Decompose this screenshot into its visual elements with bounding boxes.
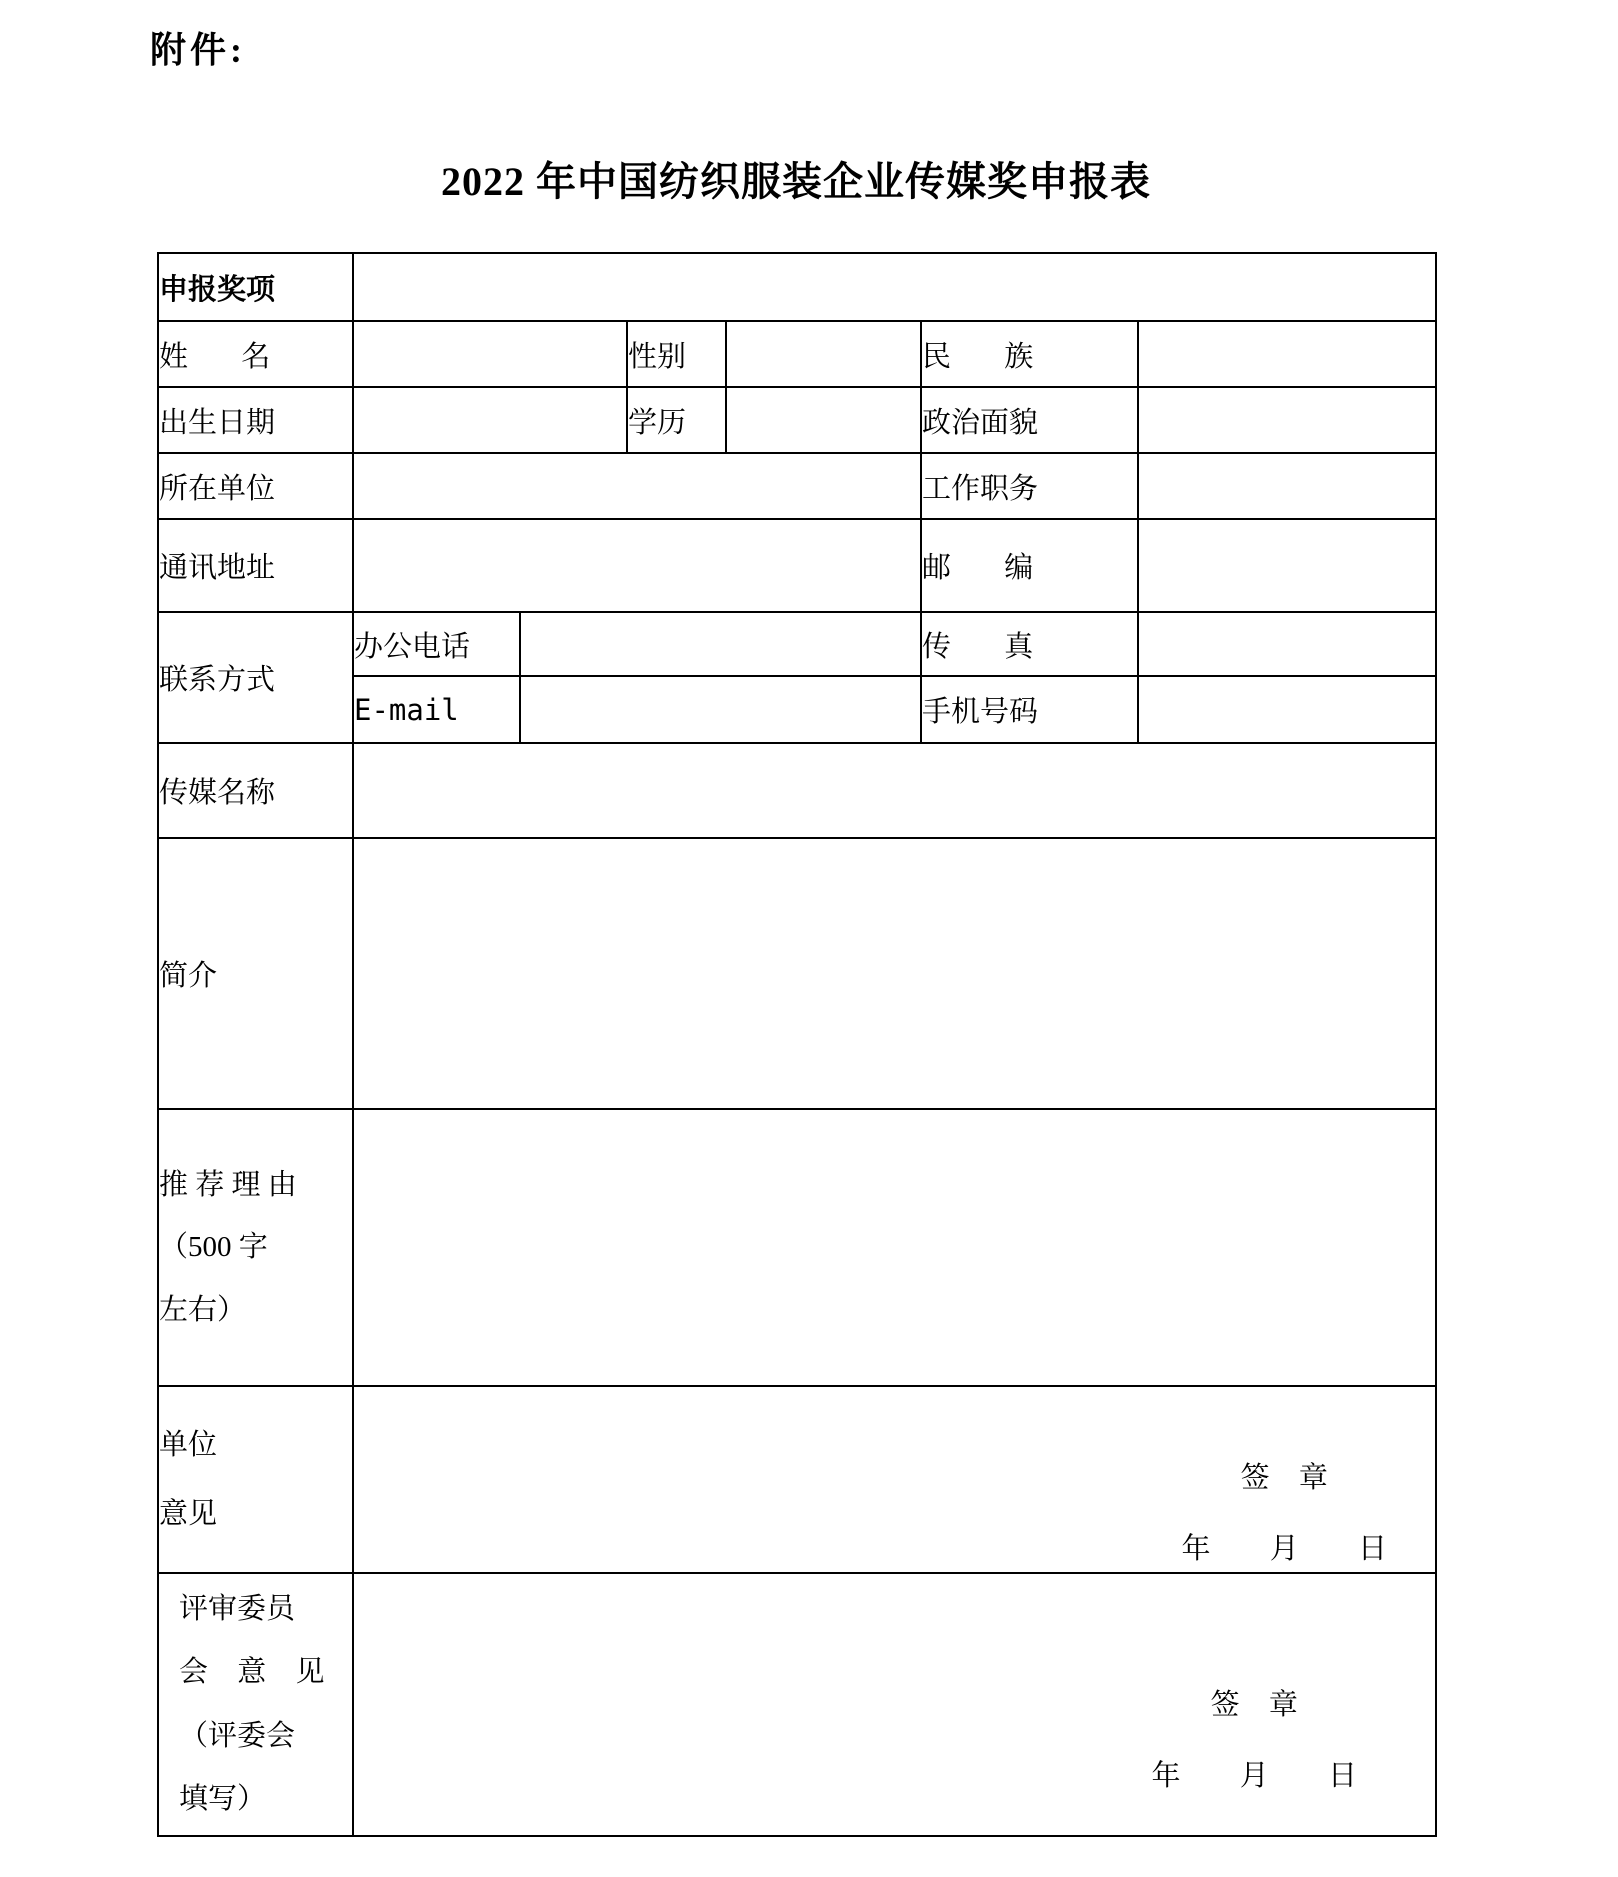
ethnicity-value[interactable] — [1138, 321, 1436, 387]
job-title-label: 工作职务 — [921, 453, 1138, 519]
attachment-label: 附件: — [150, 22, 246, 73]
unit-date-label: 年 月 日 — [1182, 1526, 1388, 1567]
political-status-label: 政治面貌 — [921, 387, 1138, 453]
media-name-value[interactable] — [353, 743, 1436, 838]
address-value[interactable] — [353, 519, 921, 612]
fax-label: 传 真 — [921, 612, 1138, 676]
name-label: 姓 名 — [158, 321, 353, 387]
table-row: 评审委员 会 意 见 （评委会 填写） 签 章 年 月 日 — [158, 1573, 1436, 1836]
postal-code-label: 邮 编 — [921, 519, 1138, 612]
page-title: 2022 年中国纺织服装企业传媒奖申报表 — [157, 150, 1435, 207]
recommendation-label-line: 推 荐 理 由 — [159, 1154, 352, 1216]
fax-value[interactable] — [1138, 612, 1436, 676]
mobile-label: 手机号码 — [921, 676, 1138, 743]
committee-opinion-label-line: 评审委员 — [179, 1578, 352, 1641]
education-value[interactable] — [726, 387, 921, 453]
job-title-value[interactable] — [1138, 453, 1436, 519]
office-phone-value[interactable] — [520, 612, 921, 676]
recommendation-label: 推 荐 理 由 （500 字 左右） — [158, 1109, 353, 1386]
table-row: 联系方式 办公电话 传 真 — [158, 612, 1436, 676]
recommendation-value[interactable] — [353, 1109, 1436, 1386]
table-row: 申报奖项 — [158, 253, 1436, 321]
work-unit-label: 所在单位 — [158, 453, 353, 519]
email-value[interactable] — [520, 676, 921, 743]
education-label: 学历 — [627, 387, 726, 453]
unit-opinion-label: 单位 意见 — [158, 1386, 353, 1573]
committee-date-label: 年 月 日 — [1152, 1753, 1358, 1794]
committee-opinion-label-line: 会 意 见 — [179, 1641, 352, 1704]
unit-opinion-label-line: 单位 — [159, 1411, 352, 1479]
table-row: 通讯地址 邮 编 — [158, 519, 1436, 612]
committee-opinion-label-line: 填写） — [179, 1768, 352, 1831]
table-row: 姓 名 性别 民 族 — [158, 321, 1436, 387]
table-row: 简介 — [158, 838, 1436, 1109]
committee-seal-label: 签 章 — [1152, 1682, 1358, 1723]
email-label: E-mail — [353, 676, 520, 743]
table-row: 出生日期 学历 政治面貌 — [158, 387, 1436, 453]
committee-opinion-label-line: （评委会 — [179, 1705, 352, 1768]
recommendation-label-line: 左右） — [159, 1279, 352, 1341]
birth-date-label: 出生日期 — [158, 387, 353, 453]
media-name-label: 传媒名称 — [158, 743, 353, 838]
unit-opinion-value[interactable]: 签 章 年 月 日 — [353, 1386, 1436, 1573]
intro-label: 简介 — [158, 838, 353, 1109]
unit-opinion-label-line: 意见 — [159, 1480, 352, 1548]
unit-opinion-sign-block: 签 章 年 月 日 — [1182, 1455, 1388, 1567]
table-row: 推 荐 理 由 （500 字 左右） — [158, 1109, 1436, 1386]
table-row: 单位 意见 签 章 年 月 日 — [158, 1386, 1436, 1573]
unit-seal-label: 签 章 — [1182, 1455, 1388, 1496]
award-value[interactable] — [353, 253, 1436, 321]
table-row: 所在单位 工作职务 — [158, 453, 1436, 519]
name-value[interactable] — [353, 321, 627, 387]
address-label: 通讯地址 — [158, 519, 353, 612]
gender-label: 性别 — [627, 321, 726, 387]
committee-opinion-value[interactable]: 签 章 年 月 日 — [353, 1573, 1436, 1836]
political-status-value[interactable] — [1138, 387, 1436, 453]
intro-value[interactable] — [353, 838, 1436, 1109]
postal-code-value[interactable] — [1138, 519, 1436, 612]
table-row: 传媒名称 — [158, 743, 1436, 838]
award-label: 申报奖项 — [158, 253, 353, 321]
recommendation-label-line: （500 字 — [159, 1216, 352, 1278]
office-phone-label: 办公电话 — [353, 612, 520, 676]
birth-date-value[interactable] — [353, 387, 627, 453]
mobile-value[interactable] — [1138, 676, 1436, 743]
application-form-table: 申报奖项 姓 名 性别 民 族 出生日期 学历 政治面貌 所在单位 工作职务 通… — [157, 252, 1437, 1837]
gender-value[interactable] — [726, 321, 921, 387]
contact-label: 联系方式 — [158, 612, 353, 743]
committee-sign-block: 签 章 年 月 日 — [1152, 1682, 1358, 1794]
ethnicity-label: 民 族 — [921, 321, 1138, 387]
work-unit-value[interactable] — [353, 453, 921, 519]
committee-opinion-label: 评审委员 会 意 见 （评委会 填写） — [158, 1573, 353, 1836]
